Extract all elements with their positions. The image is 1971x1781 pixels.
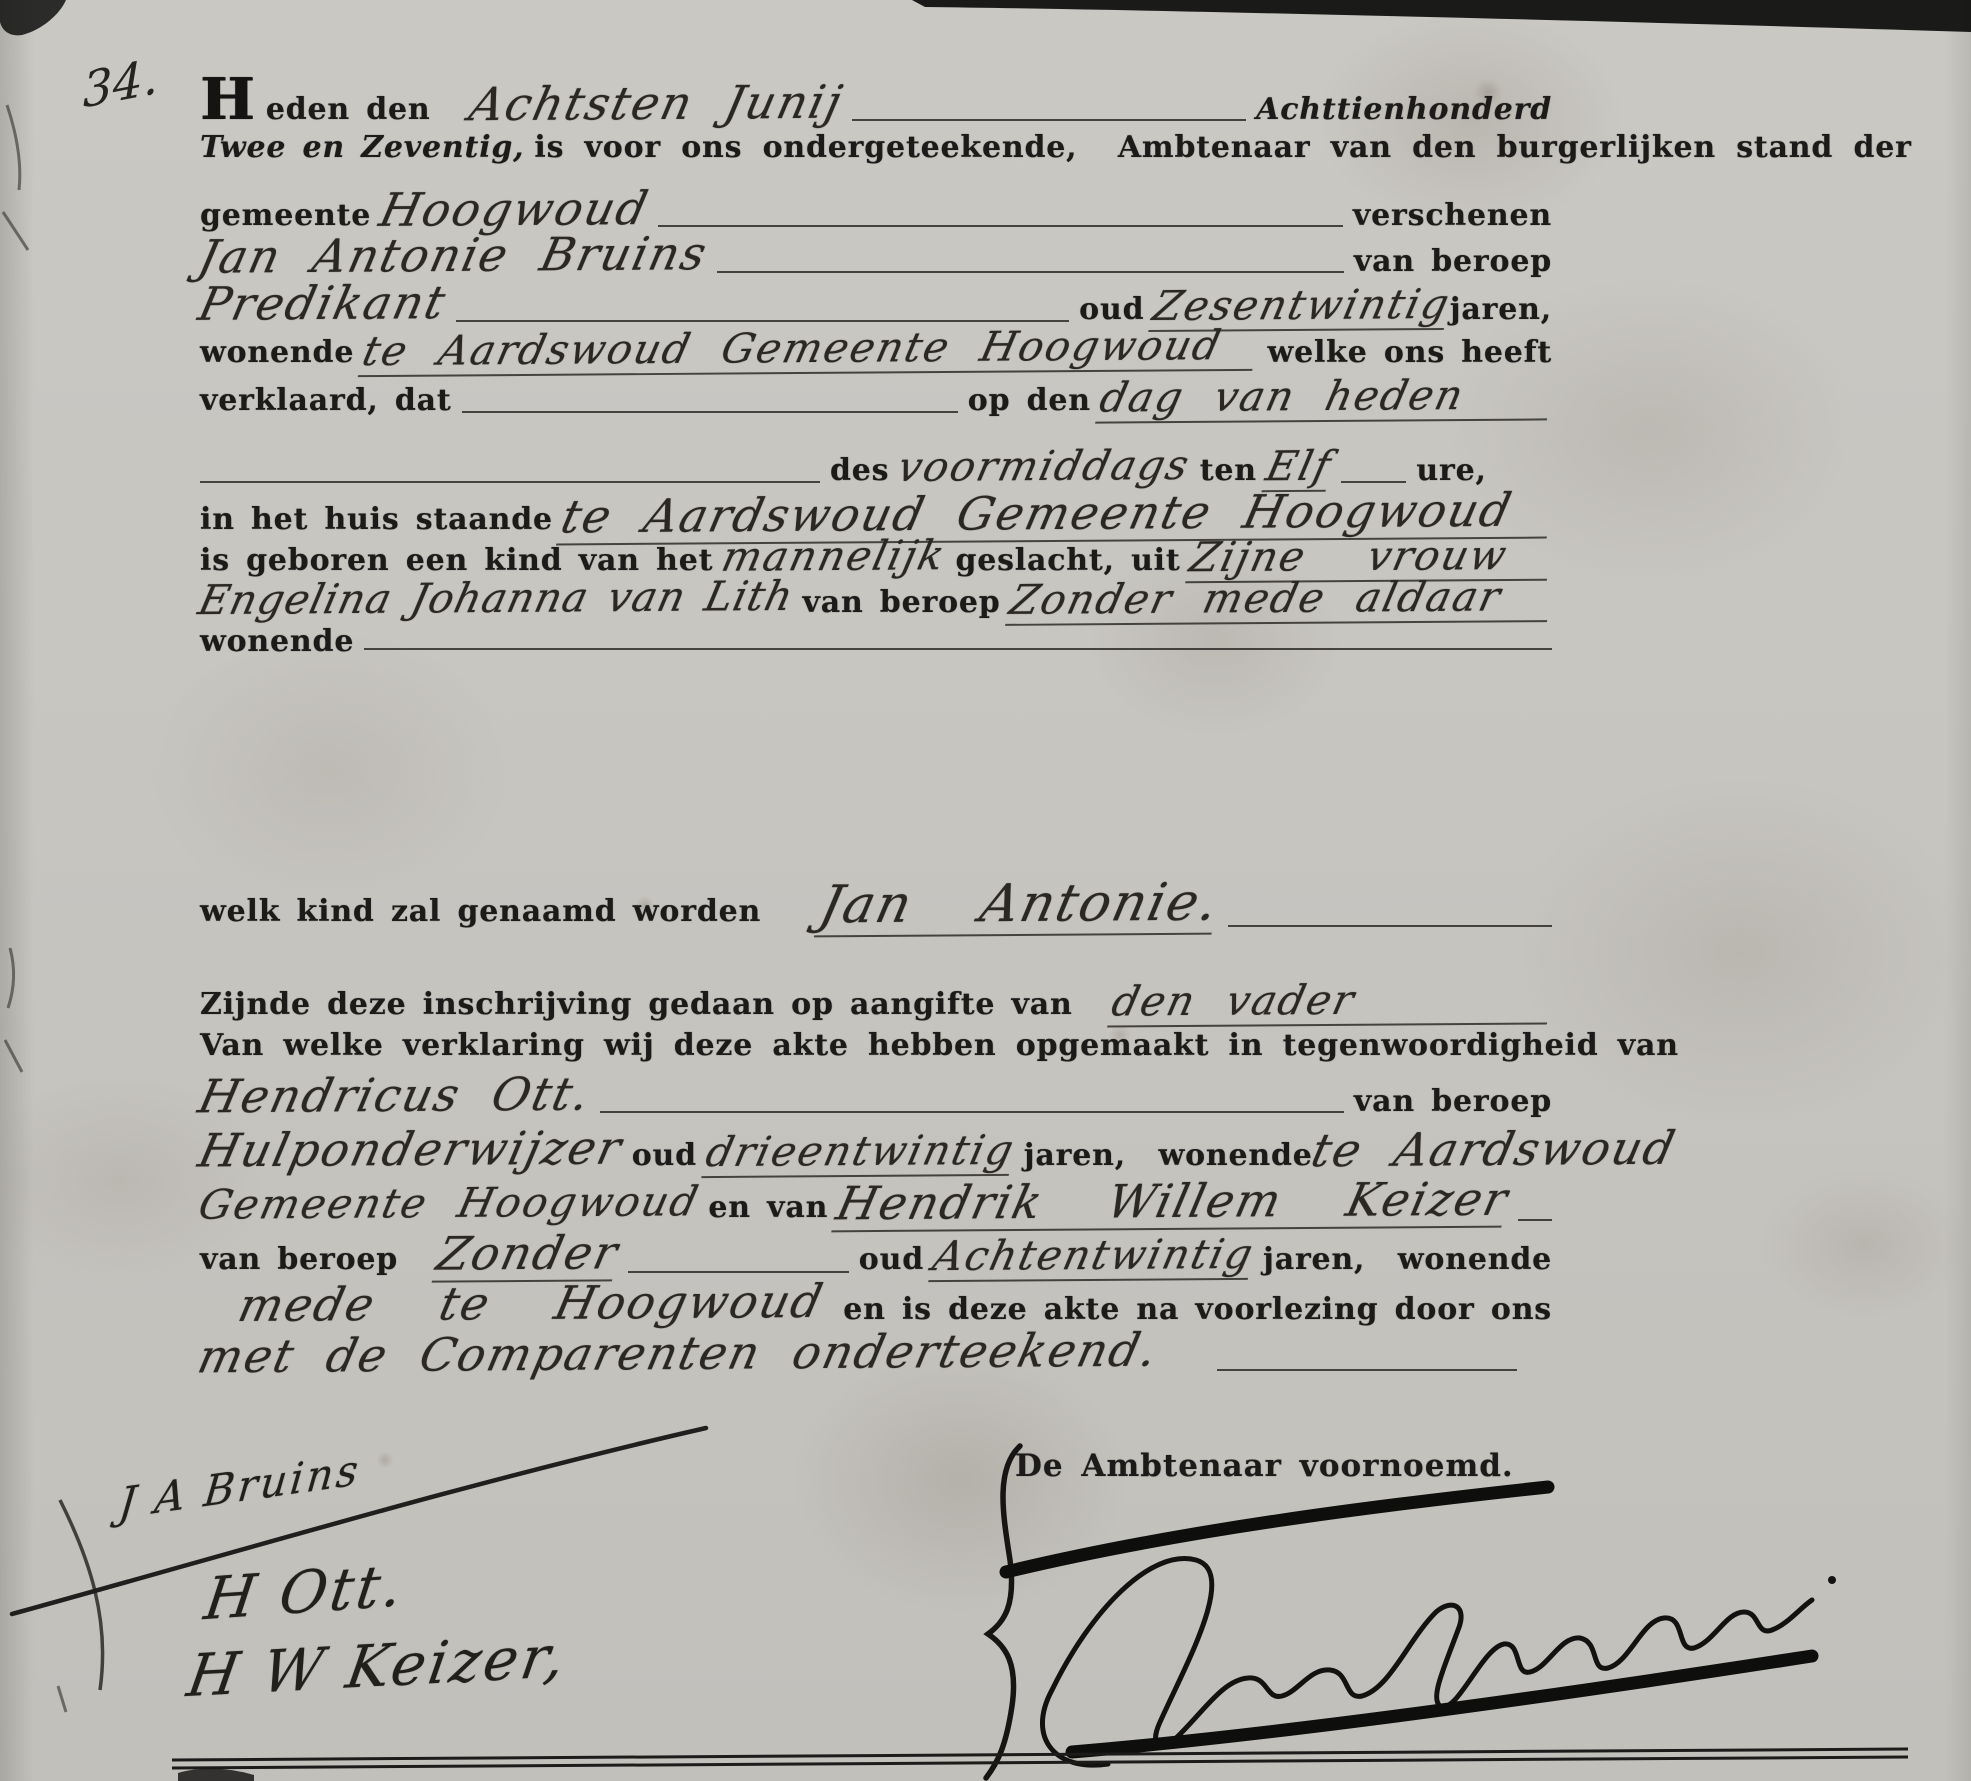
scan-corner-blob bbox=[0, 0, 66, 35]
official-signature-stroke-1 bbox=[1006, 1487, 1548, 1572]
form-line-child-name: welk kind zal genaamd worden Jan Antonie… bbox=[200, 874, 1552, 936]
printed-text: welk kind zal genaamd worden bbox=[200, 894, 761, 929]
handwritten-entry-witness1-residence: te Aardswoud bbox=[1306, 1121, 1681, 1178]
ruled-line bbox=[1217, 1364, 1517, 1371]
form-line-12: wonende bbox=[200, 624, 1552, 659]
handwritten-entry-closing: met de Comparenten onderteekend. bbox=[193, 1323, 1164, 1384]
ruled-line bbox=[200, 476, 820, 483]
ruled-line bbox=[462, 406, 958, 413]
official-signature-stroke-2 bbox=[1072, 1656, 1812, 1752]
ruled-line bbox=[1518, 1214, 1552, 1221]
printed-text: Van welke verklaring wij deze akte hebbe… bbox=[200, 1028, 1679, 1063]
ruled-line bbox=[628, 1266, 849, 1273]
form-line-declaration-1: Zijnde deze inschrijving gedaan op aangi… bbox=[200, 976, 1552, 1026]
handwritten-entry-witness2-residence: mede te Hoogwoud bbox=[233, 1274, 829, 1332]
handwritten-entry-mother-occupation: Zonder mede aldaar bbox=[1005, 572, 1558, 626]
signature-witness-1: H Ott. bbox=[200, 1551, 409, 1634]
form-line-closing-2: met de Comparenten onderteekend. bbox=[200, 1326, 1552, 1380]
ruled-line bbox=[1341, 476, 1406, 483]
printed-text: en is deze akte na voorlezing door ons bbox=[843, 1292, 1552, 1327]
official-signature-script bbox=[1042, 1559, 1812, 1766]
signature-declarant: J A Bruins bbox=[117, 1444, 364, 1528]
printed-text: oud bbox=[859, 1242, 924, 1277]
ruled-line bbox=[600, 1106, 1344, 1113]
bottom-double-rule bbox=[172, 1749, 1908, 1768]
printed-text: wonende bbox=[200, 624, 354, 659]
handwritten-entry-daypart: voormiddags bbox=[894, 441, 1196, 491]
form-line-7: verklaard, dat op den dag van heden bbox=[200, 372, 1552, 422]
signature-brace bbox=[986, 1446, 1020, 1778]
next-record-cutoff bbox=[178, 1769, 254, 1781]
handwritten-entry-witness1-occupation: Hulponderwijzer bbox=[194, 1121, 628, 1178]
form-line-witness1-details: Hulponderwijzer oud drieentwintig jaren,… bbox=[200, 1122, 1552, 1177]
official-caption: De Ambtenaar voornoemd. bbox=[1015, 1448, 1514, 1484]
printed-text: oud bbox=[632, 1138, 697, 1173]
printed-text: van beroep bbox=[1354, 244, 1552, 279]
form-line-closing-1: mede te Hoogwoud en is deze akte na voor… bbox=[200, 1276, 1552, 1330]
printed-text: Twee en Zeventig, bbox=[200, 130, 524, 165]
ruled-line bbox=[852, 114, 1246, 121]
printed-text: welke ons heeft bbox=[1267, 335, 1552, 370]
form-line-witness2-name: Gemeente Hoogwoud en van Hendrik Willem … bbox=[200, 1174, 1552, 1230]
scan-top-edge bbox=[912, 0, 1971, 32]
form-line-witness1-name: Hendricus Ott. van beroep bbox=[200, 1068, 1552, 1122]
handwritten-entry-informant: den vader bbox=[1107, 974, 1558, 1027]
ruled-line bbox=[717, 266, 1344, 273]
printed-text: Achttienhonderd bbox=[1256, 92, 1552, 127]
birth-certificate-scan: 34. Heden den Achtsten Junij Achttienhon… bbox=[0, 0, 1971, 1781]
record-number: 34. bbox=[82, 48, 158, 119]
handwritten-entry-witness1-age: drieentwintig bbox=[701, 1126, 1020, 1178]
printed-text: van beroep bbox=[802, 585, 1000, 620]
printed-text: op den bbox=[968, 383, 1091, 418]
form-line-1: Heden den Achtsten Junij Achttienhonderd bbox=[200, 76, 1552, 130]
handwritten-entry-date: Achtsten Junij bbox=[464, 75, 848, 132]
printed-text: wonende bbox=[200, 335, 354, 370]
ruled-line bbox=[364, 643, 1552, 650]
printed-text: geslacht, uit bbox=[955, 543, 1180, 578]
handwritten-entry-residence: te Aardswoud Gemeente Hoogwoud bbox=[358, 321, 1264, 377]
signature-witness-2: H W Keizer, bbox=[183, 1622, 573, 1711]
printed-text: jaren, wonende bbox=[1024, 1138, 1313, 1173]
form-line-11: Engelina Johanna van Lith van beroep Zon… bbox=[200, 574, 1552, 624]
ruled-line bbox=[456, 315, 1069, 322]
printed-text: eden den bbox=[266, 92, 431, 127]
printed-text: des bbox=[830, 453, 889, 488]
ruled-line bbox=[1228, 920, 1552, 927]
official-signature-dot bbox=[1828, 1576, 1836, 1584]
declarant-signature-flourish-tail bbox=[60, 1500, 103, 1690]
printed-text: verklaard, dat bbox=[200, 383, 452, 418]
ruled-line bbox=[658, 220, 1343, 227]
printed-text: jaren, wonende bbox=[1263, 1242, 1552, 1277]
handwritten-entry-mother-name: Engelina Johanna van Lith bbox=[194, 572, 798, 624]
printed-text: ten bbox=[1200, 453, 1257, 488]
handwritten-entry-occupation: Predikant bbox=[194, 275, 452, 331]
handwritten-entry-witness2-name: Hendrik Willem Keizer bbox=[831, 1172, 1514, 1233]
handwritten-entry-witness1-gemeente: Gemeente Hoogwoud bbox=[194, 1177, 704, 1228]
form-line-witness2-details: van beroep Zonder oud Achtentwintig jare… bbox=[200, 1226, 1552, 1282]
form-line-declaration-2: Van welke verklaring wij deze akte hebbe… bbox=[200, 1028, 1552, 1063]
dropcap-initial: H bbox=[200, 80, 254, 120]
form-line-2: Twee en Zeventig, is voor ons ondergetee… bbox=[200, 130, 1552, 165]
printed-text: en van bbox=[708, 1190, 828, 1225]
handwritten-entry-witness2-occupation: Zonder bbox=[432, 1225, 625, 1282]
printed-text: van beroep bbox=[200, 1242, 398, 1277]
form-line-6: wonende te Aardswoud Gemeente Hoogwoud w… bbox=[200, 324, 1552, 374]
handwritten-entry-child-name: Jan Antonie. bbox=[814, 873, 1226, 938]
handwritten-entry-witness2-age: Achtentwintig bbox=[928, 1230, 1259, 1282]
printed-text: Zijnde deze inschrijving gedaan op aangi… bbox=[200, 987, 1073, 1022]
form-line-4: Jan Antonie Bruins van beroep bbox=[200, 228, 1552, 282]
printed-text: jaren, bbox=[1450, 292, 1552, 327]
handwritten-entry-day: dag van heden bbox=[1095, 370, 1558, 423]
left-margin-marks bbox=[3, 105, 66, 1712]
printed-text: van beroep bbox=[1354, 1084, 1552, 1119]
handwritten-entry-witness1-name: Hendricus Ott. bbox=[194, 1067, 597, 1124]
printed-text: is voor ons ondergeteekende, Ambtenaar v… bbox=[534, 130, 1911, 165]
